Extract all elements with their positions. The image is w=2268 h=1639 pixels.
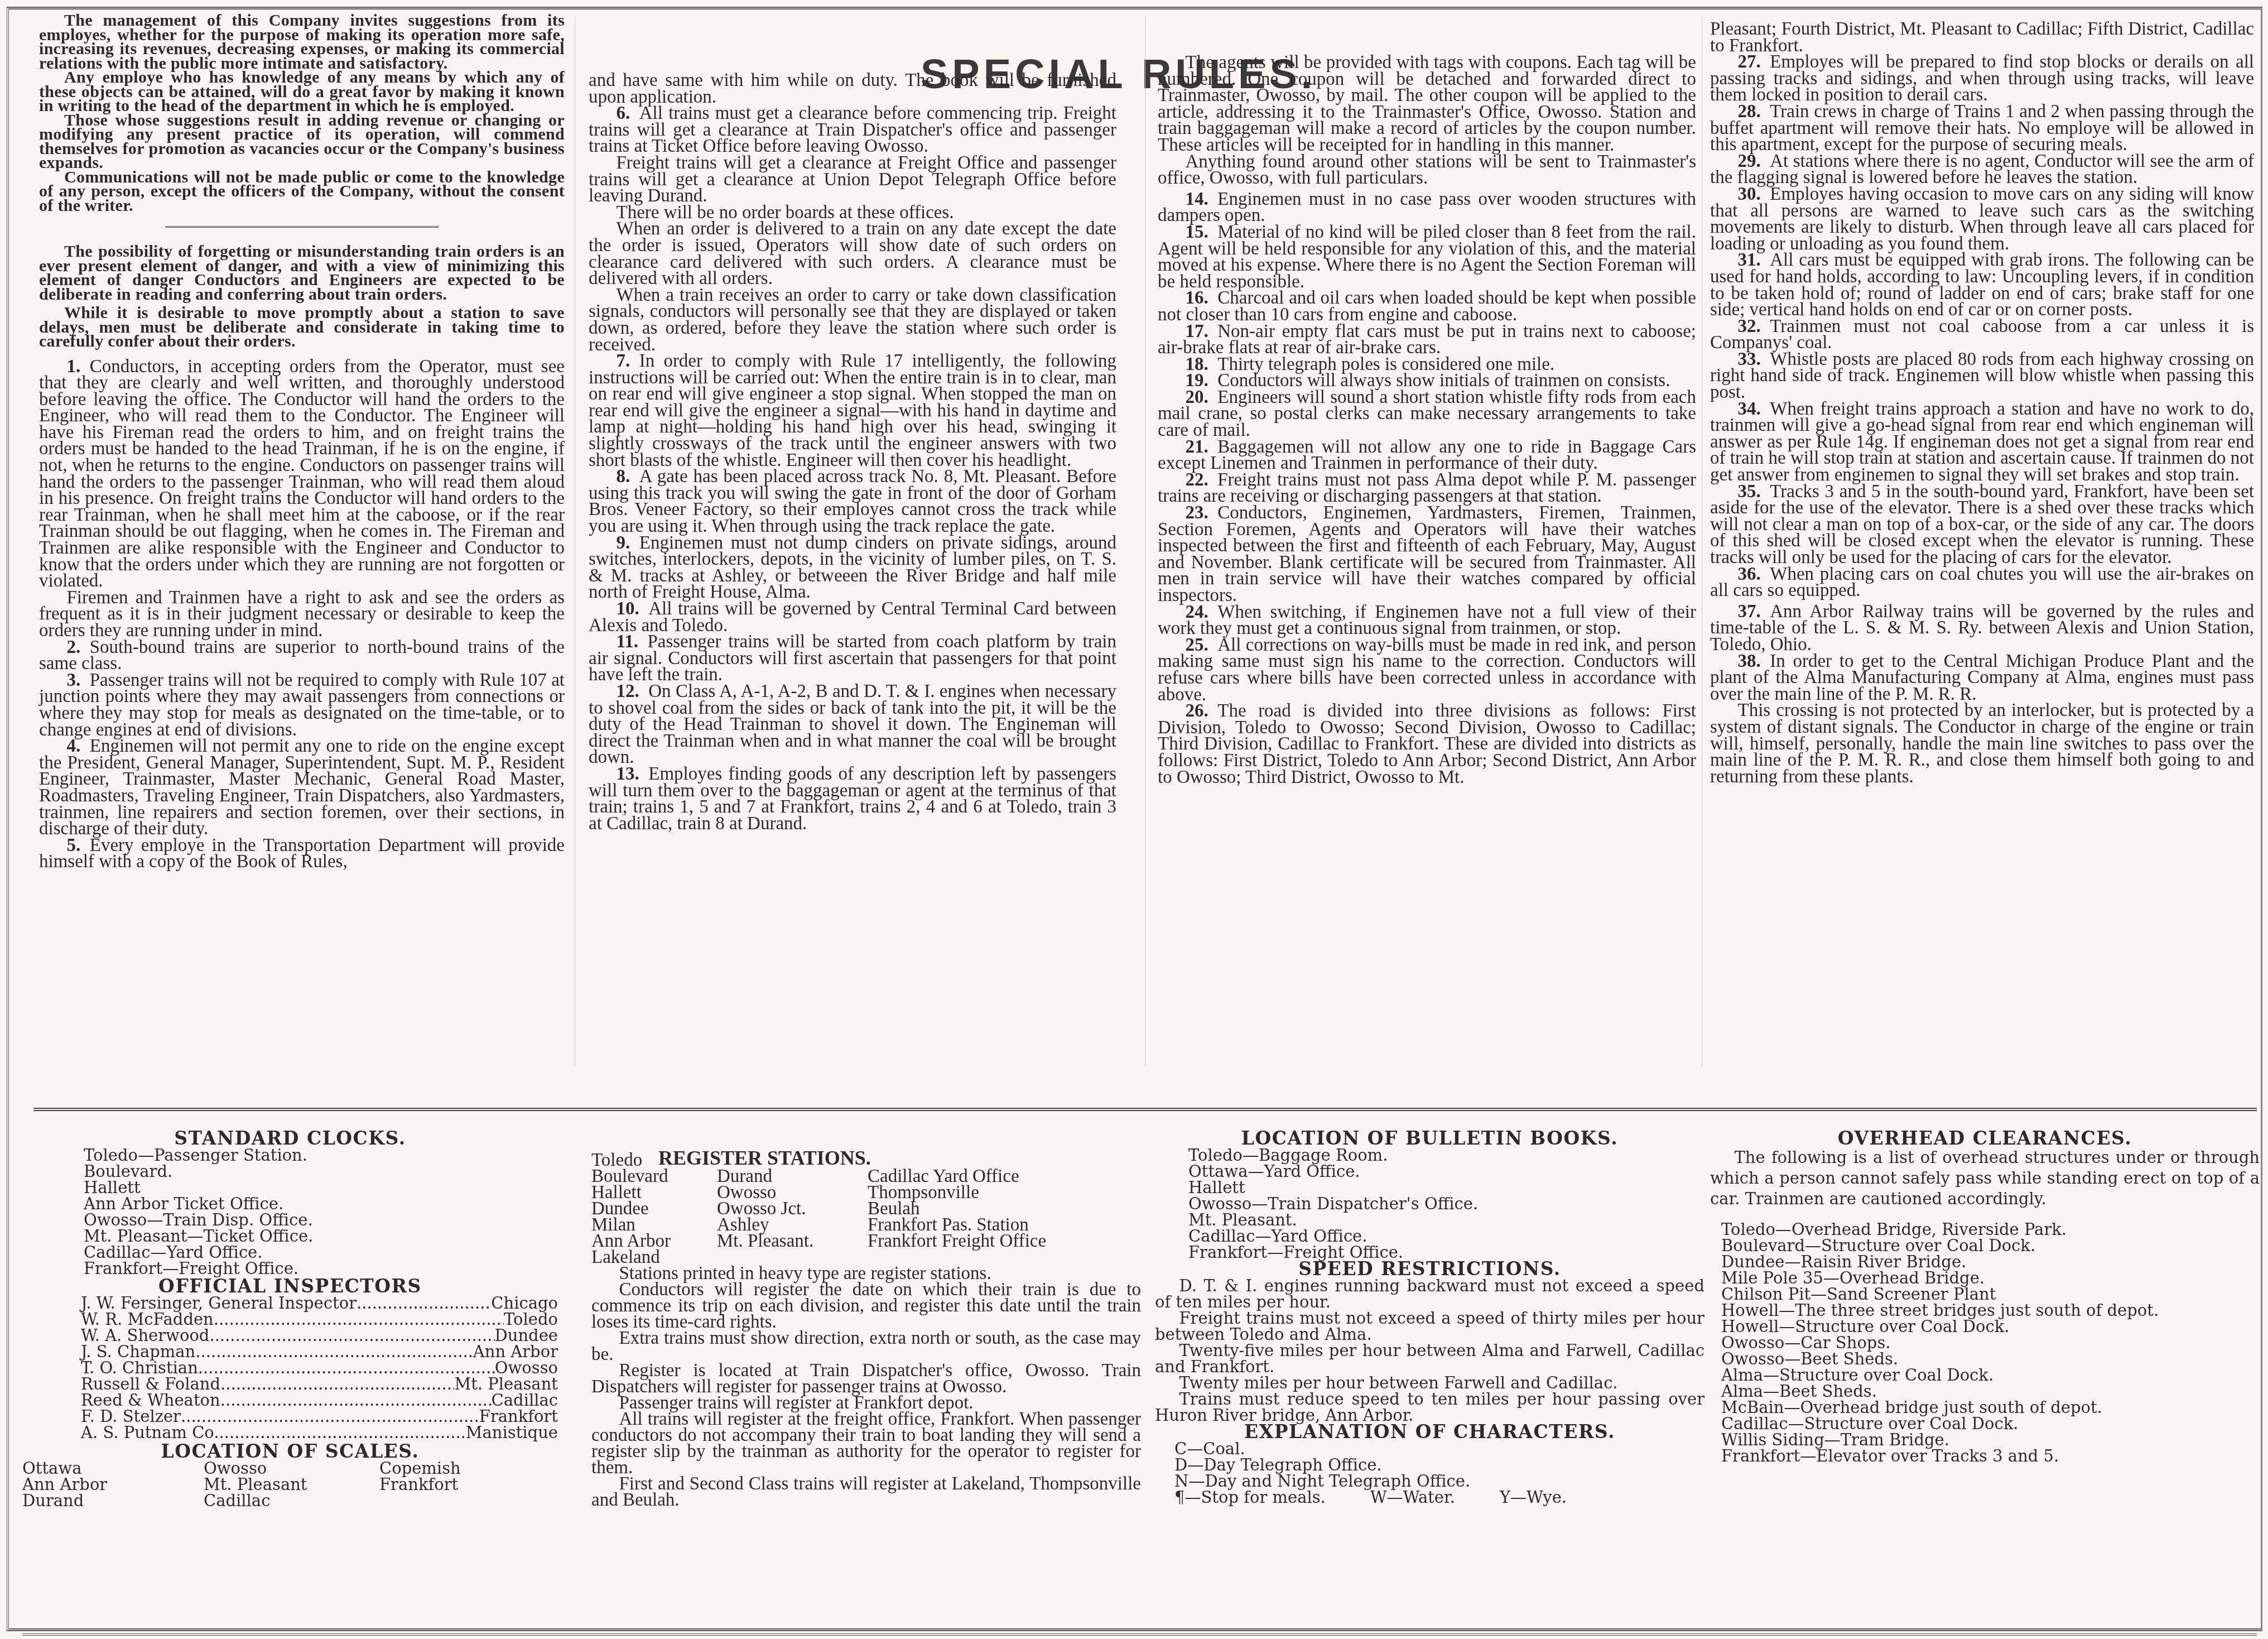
leader-dots	[209, 1328, 494, 1344]
rule-text: Trainmen must not coal caboose from a ca…	[1710, 316, 2254, 353]
rule-text: Pleasant; Fourth District, Mt. Pleasant …	[1710, 19, 2254, 56]
rule-text: Enginemen must not dump cinders on priva…	[589, 533, 1116, 603]
paragraph: The management of this Company invites s…	[39, 13, 565, 70]
register-note: Register is located at Train Dispatcher'…	[591, 1363, 1141, 1395]
inspector-name: A. S. Putnam Co.	[81, 1425, 219, 1441]
list-item: Alma—Beet Sheds.	[1721, 1383, 2260, 1400]
register-station: Mt. Pleasant.	[717, 1233, 868, 1249]
rule-text: All corrections on way-bills must be mad…	[1158, 635, 1696, 705]
paragraph: The possibility of forgetting or misunde…	[39, 244, 565, 301]
section-heading: LOCATION OF SCALES.	[22, 1443, 558, 1459]
rule-text: At stations where there is no agent, Con…	[1710, 151, 2254, 188]
rule-item: 28. Train crews in charge of Trains 1 an…	[1710, 104, 2254, 153]
leader-dots	[214, 1311, 504, 1328]
rule-paragraph: Firemen and Trainmen have a right to ask…	[39, 590, 565, 640]
list-item: Frankfort—Elevator over Tracks 3 and 5.	[1721, 1448, 2260, 1464]
column-divider	[1702, 17, 1702, 1066]
rule-item: 38. In order to get to the Central Michi…	[1710, 653, 2254, 703]
rule-text: Charcoal and oil cars when loaded should…	[1158, 288, 1696, 325]
leader-dots	[198, 1360, 495, 1376]
rule-text: All trains must get a clearance before c…	[589, 103, 1116, 156]
inspector-name: F. D. Stelzer	[81, 1409, 181, 1425]
rule-paragraph: When a train receives an order to carry …	[589, 287, 1116, 353]
rule-item: 10. All trains will be governed by Centr…	[589, 601, 1116, 634]
rule-text: When placing cars on coal chutes you wil…	[1710, 564, 2254, 601]
inspector-list: J. W. Fersinger, General InspectorChicag…	[22, 1295, 558, 1441]
list-item: Chilson Pit—Sand Screener Plant	[1721, 1286, 2260, 1302]
rule-text: Passenger trains will not be required to…	[39, 670, 565, 740]
rule-item: 27. Employes will be prepared to find st…	[1710, 54, 2254, 104]
rule-item: 23. Conductors, Enginemen, Yardmasters, …	[1158, 505, 1696, 604]
column-divider	[575, 17, 575, 1066]
clock-list: Toledo—Passenger Station.Boulevard.Halle…	[22, 1147, 558, 1277]
clearances-intro: The following is a list of overhead stru…	[1710, 1147, 2260, 1209]
rule-text: This crossing is not protected by an int…	[1710, 700, 2254, 786]
inspector-location: Ann Arbor	[473, 1344, 558, 1360]
rule-text: When freight trains approach a station a…	[1710, 399, 2254, 485]
rule-item: 12. On Class A, A-1, A-2, B and D. T. & …	[589, 684, 1116, 766]
rule-text: Ann Arbor Railway trains will be governe…	[1710, 602, 2254, 655]
register-station	[868, 1249, 1124, 1266]
rule-text: Tracks 3 and 5 in the south-bound yard, …	[1710, 482, 2254, 568]
scale-location: Owosso	[204, 1460, 379, 1477]
rule-item: 3. Passenger trains will not be required…	[39, 672, 565, 738]
rule-text: Whistle posts are placed 80 rods from ea…	[1710, 349, 2254, 402]
paragraph: D. T. & I. engines running backward must…	[1155, 1278, 1704, 1310]
column-1: The management of this Company invites s…	[39, 13, 565, 871]
inspector-row: F. D. StelzerFrankfort	[22, 1409, 558, 1425]
rule-text: Train crews in charge of Trains 1 and 2 …	[1710, 102, 2254, 155]
scale-location: Ann Arbor	[22, 1477, 204, 1493]
list-item: Cadillac—Structure over Coal Dock.	[1721, 1416, 2260, 1432]
list-item: Owosso—Train Dispatcher's Office.	[1188, 1196, 1704, 1212]
scale-location: Copemish	[379, 1460, 547, 1477]
rule-text: Enginemen will not permit any one to rid…	[39, 736, 565, 839]
rule-item: 14. Enginemen must in no case pass over …	[1158, 191, 1696, 224]
inspector-row: W. A. SherwoodDundee	[22, 1328, 558, 1344]
rule-text: A gate has been placed across track No. …	[589, 467, 1116, 536]
inspector-location: Toledo	[504, 1311, 558, 1328]
standard-clocks-panel: STANDARD CLOCKS. Toledo—Passenger Statio…	[22, 1119, 558, 1509]
inspector-row: A. S. Putnam Co.Manistique	[22, 1425, 558, 1441]
rule-item: 37. Ann Arbor Railway trains will be gov…	[1710, 604, 2254, 653]
rule-paragraph: This crossing is not protected by an int…	[1710, 703, 2254, 785]
list-item: Mt. Pleasant.	[1188, 1212, 1704, 1228]
legend-water: W—Water.	[1370, 1489, 1455, 1506]
rule-item: 9. Enginemen must not dump cinders on pr…	[589, 535, 1116, 601]
list-item: Owosso—Car Shops.	[1721, 1335, 2260, 1351]
rule-text: Non-air empty flat cars must be put in t…	[1158, 321, 1696, 358]
rule-item: 26. The road is divided into three divis…	[1158, 703, 1696, 786]
character-list: C—Coal.D—Day Telegraph Office.N—Day and …	[1155, 1441, 1704, 1489]
legend-wye: Y—Wye.	[1500, 1489, 1567, 1506]
rule-item: 34. When freight trains approach a stati…	[1710, 401, 2254, 484]
rule-text: Engineers will sound a short station whi…	[1158, 387, 1696, 440]
rule-paragraph: Pleasant; Fourth District, Mt. Pleasant …	[1710, 21, 2254, 54]
rule-text: Baggagemen will not allow any one to rid…	[1158, 437, 1696, 474]
section-heading: REGISTER STATIONS.	[658, 1150, 871, 1166]
list-item: Ann Arbor Ticket Office.	[84, 1196, 558, 1212]
inspector-name: W. A. Sherwood	[81, 1328, 209, 1344]
list-item: Toledo—Passenger Station.	[84, 1147, 558, 1164]
list-item: Owosso—Beet Sheds.	[1721, 1351, 2260, 1367]
section-heading: OVERHEAD CLEARANCES.	[1710, 1130, 2260, 1146]
list-item: N—Day and Night Telegraph Office.	[1174, 1473, 1704, 1489]
inspector-name: W. R. McFadden	[81, 1311, 214, 1328]
rules-list: Pleasant; Fourth District, Mt. Pleasant …	[1710, 21, 2254, 785]
register-note: Conductors will register the date on whi…	[591, 1282, 1141, 1330]
rule-text: When an order is delivered to a train on…	[589, 219, 1116, 289]
column-3: The agents will be provided with tags wi…	[1158, 55, 1696, 786]
inspector-location: Dundee	[495, 1328, 558, 1344]
register-station: Lakeland	[591, 1249, 717, 1266]
paragraph: While it is desirable to move promptly a…	[39, 306, 565, 349]
rule-paragraph: Anything found around other stations wil…	[1158, 154, 1696, 187]
paragraph: Those whose suggestions result in adding…	[39, 113, 565, 170]
rule-item: 22. Freight trains must not pass Alma de…	[1158, 472, 1696, 505]
rule-text: In order to comply with Rule 17 intellig…	[589, 351, 1116, 470]
clearance-list: Toledo—Overhead Bridge, Riverside Park.B…	[1710, 1222, 2260, 1464]
leader-dots	[195, 1344, 473, 1360]
inspector-location: Frankfort	[479, 1409, 558, 1425]
register-station	[717, 1249, 868, 1266]
rule-item: 17. Non-air empty flat cars must be put …	[1158, 324, 1696, 357]
leader-dots	[181, 1409, 479, 1425]
rule-paragraph: Freight trains will get a clearance at F…	[589, 155, 1116, 205]
paragraph: Twenty miles per hour between Farwell an…	[1155, 1375, 1704, 1391]
rule-text: Employes having occasion to move cars on…	[1710, 184, 2254, 254]
suggestions-notice: The management of this Company invites s…	[39, 13, 565, 213]
rule-item: 6. All trains must get a clearance befor…	[589, 105, 1116, 155]
list-item: Owosso—Train Disp. Office.	[84, 1212, 558, 1228]
list-item: Ottawa—Yard Office.	[1188, 1164, 1704, 1180]
list-item: Howell—The three street bridges just sou…	[1721, 1302, 2260, 1319]
rule-text: The agents will be provided with tags wi…	[1158, 52, 1696, 155]
scale-location: Ottawa	[22, 1460, 204, 1477]
rule-item: 2. South-bound trains are superior to no…	[39, 640, 565, 672]
list-item: Boulevard—Structure over Coal Dock.	[1721, 1238, 2260, 1254]
rule-item: 29. At stations where there is no agent,…	[1710, 153, 2254, 186]
rule-text: When switching, if Enginemen have not a …	[1158, 602, 1696, 639]
section-heading: EXPLANATION OF CHARACTERS.	[1155, 1424, 1704, 1440]
inspector-location: Mt. Pleasant	[454, 1376, 558, 1392]
inspector-row: T. O. ChristianOwosso	[22, 1360, 558, 1376]
scales-grid: OttawaOwossoCopemishAnn ArborMt. Pleasan…	[22, 1460, 558, 1509]
rule-item: 35. Tracks 3 and 5 in the south-bound ya…	[1710, 484, 2254, 566]
list-item: Toledo—Overhead Bridge, Riverside Park.	[1721, 1222, 2260, 1238]
section-rule	[165, 226, 439, 230]
rule-item: 11. Passenger trains will be started fro…	[589, 634, 1116, 684]
register-note: All trains will register at the freight …	[591, 1411, 1141, 1476]
inspector-row: Russell & FolandMt. Pleasant	[22, 1376, 558, 1392]
list-item: Dundee—Raisin River Bridge.	[1721, 1254, 2260, 1270]
list-item: Frankfort—Freight Office.	[84, 1261, 558, 1277]
rule-text: Every employe in the Transportation Depa…	[39, 835, 565, 872]
list-item: McBain—Overhead bridge just south of dep…	[1721, 1400, 2260, 1416]
rule-text: In order to get to the Central Michigan …	[1710, 651, 2254, 704]
scale-location: Mt. Pleasant	[204, 1477, 379, 1493]
register-stations-panel: REGISTER STATIONS. Toledo BoulevardDuran…	[591, 1119, 1141, 1508]
rule-text: Freight trains will get a clearance at F…	[589, 153, 1116, 206]
rule-text: On Class A, A-1, A-2, B and D. T. & I. e…	[589, 681, 1116, 767]
list-item: Boulevard.	[84, 1164, 558, 1180]
register-note: First and Second Class trains will regis…	[591, 1476, 1141, 1508]
register-notes: Stations printed in heavy type are regis…	[591, 1266, 1141, 1508]
inspector-row: J. S. ChapmanAnn Arbor	[22, 1344, 558, 1360]
register-note: Extra trains must show direction, extra …	[591, 1330, 1141, 1363]
rule-item: 24. When switching, if Enginemen have no…	[1158, 604, 1696, 637]
rule-text: Anything found around other stations wil…	[1158, 152, 1696, 189]
rule-text: Enginemen must in no case pass over wood…	[1158, 189, 1696, 226]
rule-paragraph: The agents will be provided with tags wi…	[1158, 55, 1696, 154]
inspector-location: Chicago	[491, 1295, 558, 1311]
rule-item: 4. Enginemen will not permit any one to …	[39, 738, 565, 838]
inspector-location: Manistique	[466, 1425, 558, 1441]
inspector-location: Owosso	[495, 1360, 558, 1376]
rule-text: Employes will be prepared to find stop b…	[1710, 52, 2254, 105]
character-legend-line: ¶—Stop for meals. W—Water. Y—Wye.	[1155, 1489, 1704, 1506]
rule-text: Material of no kind will be piled closer…	[1158, 222, 1696, 292]
rule-item: 21. Baggagemen will not allow any one to…	[1158, 439, 1696, 472]
list-item: Howell—Structure over Coal Dock.	[1721, 1319, 2260, 1335]
inspector-name: J. S. Chapman	[81, 1344, 195, 1360]
rule-item: 5. Every employe in the Transportation D…	[39, 838, 565, 871]
list-item: D—Day Telegraph Office.	[1174, 1457, 1704, 1473]
inspector-row: W. R. McFaddenToledo	[22, 1311, 558, 1328]
inspector-name: Russell & Foland	[81, 1376, 220, 1392]
rule-text: Firemen and Trainmen have a right to ask…	[39, 588, 565, 641]
leader-dots	[357, 1295, 491, 1311]
list-item: Mile Pole 35—Overhead Bridge.	[1721, 1270, 2260, 1286]
inspector-row: J. W. Fersinger, General InspectorChicag…	[22, 1295, 558, 1311]
rule-text: Conductors, in accepting orders from the…	[39, 357, 565, 592]
bulletin-books-panel: LOCATION OF BULLETIN BOOKS. Toledo—Bagga…	[1155, 1119, 1704, 1506]
inspector-name: T. O. Christian	[81, 1360, 198, 1376]
leader-dots	[220, 1392, 492, 1409]
rules-list: The agents will be provided with tags wi…	[1158, 55, 1696, 786]
rule-item: 30. Employes having occasion to move car…	[1710, 186, 2254, 252]
rule-item: 16. Charcoal and oil cars when loaded sh…	[1158, 290, 1696, 323]
speed-restrictions: D. T. & I. engines running backward must…	[1155, 1278, 1704, 1424]
list-item: C—Coal.	[1174, 1441, 1704, 1457]
bottom-border	[22, 1633, 2257, 1636]
list-item: Hallett	[1188, 1180, 1704, 1196]
inspector-name: J. W. Fersinger, General Inspector	[81, 1295, 357, 1311]
bulletin-list: Toledo—Baggage Room.Ottawa—Yard Office.H…	[1155, 1147, 1704, 1261]
list-item: Hallett	[84, 1180, 558, 1196]
inspector-row: Reed & WheatonCadillac	[22, 1392, 558, 1409]
rule-item: 33. Whistle posts are placed 80 rods fro…	[1710, 352, 2254, 401]
rule-item: 32. Trainmen must not coal caboose from …	[1710, 319, 2254, 352]
column-divider	[1145, 17, 1145, 1066]
rule-text: South-bound trains are superior to north…	[39, 637, 565, 674]
rule-item: 25. All corrections on way-bills must be…	[1158, 637, 1696, 703]
legend-meals: ¶—Stop for meals.	[1174, 1489, 1326, 1506]
rule-text: Passenger trains will be started from co…	[589, 632, 1116, 685]
rule-item: 15. Material of no kind will be piled cl…	[1158, 224, 1696, 290]
scale-location: Frankfort	[379, 1477, 547, 1493]
inspector-location: Cadillac	[492, 1392, 558, 1409]
section-heading: LOCATION OF BULLETIN BOOKS.	[1155, 1130, 1704, 1146]
paragraph: Freight trains must not exceed a speed o…	[1155, 1310, 1704, 1343]
leader-dots	[219, 1425, 466, 1441]
rule-item: 7. In order to comply with Rule 17 intel…	[589, 353, 1116, 469]
rule-text: All cars must be equipped with grab iron…	[1710, 250, 2254, 320]
column-2: and have same with him while on duty. Th…	[589, 73, 1116, 832]
section-heading: STANDARD CLOCKS.	[22, 1130, 558, 1146]
rule-text: and have same with him while on duty. Th…	[589, 70, 1116, 107]
paragraph: Communications will not be made public o…	[39, 170, 565, 213]
rule-text: Employes finding goods of any descriptio…	[589, 764, 1116, 834]
section-divider	[33, 1108, 2257, 1111]
rule-text: The road is divided into three divisions…	[1158, 701, 1696, 787]
column-4: Pleasant; Fourth District, Mt. Pleasant …	[1710, 21, 2254, 785]
rule-item: 31. All cars must be equipped with grab …	[1710, 252, 2254, 318]
rule-paragraph: When an order is delivered to a train on…	[589, 221, 1116, 287]
rule-paragraph: and have same with him while on duty. Th…	[589, 73, 1116, 105]
scale-location	[379, 1493, 547, 1509]
overhead-clearances-panel: OVERHEAD CLEARANCES. The following is a …	[1710, 1119, 2260, 1464]
paragraph: Twenty-five miles per hour between Alma …	[1155, 1343, 1704, 1375]
rule-item: 8. A gate has been placed across track N…	[589, 469, 1116, 535]
list-item: Mt. Pleasant—Ticket Office.	[84, 1228, 558, 1244]
scale-location: Cadillac	[204, 1493, 379, 1509]
paragraph: Trains must reduce speed to ten miles pe…	[1155, 1391, 1704, 1424]
rules-list: 1. Conductors, in accepting orders from …	[39, 359, 565, 871]
list-item: Cadillac—Yard Office.	[1188, 1228, 1704, 1244]
rule-text: Conductors, Enginemen, Yardmasters, Fire…	[1158, 503, 1696, 605]
paragraph: Any employe who has knowledge of any mea…	[39, 70, 565, 113]
register-stations-grid: BoulevardDurandCadillac Yard OfficeHalle…	[591, 1169, 1141, 1266]
register-station: Frankfort Freight Office	[868, 1233, 1124, 1249]
rule-text: When a train receives an order to carry …	[589, 285, 1116, 355]
section-heading: SPEED RESTRICTIONS.	[1155, 1261, 1704, 1277]
section-heading: OFFICIAL INSPECTORS	[22, 1278, 558, 1294]
rule-item: 13. Employes finding goods of any descri…	[589, 766, 1116, 832]
rule-text: All trains will be governed by Central T…	[589, 599, 1116, 636]
list-item: Toledo—Baggage Room.	[1188, 1147, 1704, 1164]
rule-item: 36. When placing cars on coal chutes you…	[1710, 566, 2254, 599]
train-orders-notice: The possibility of forgetting or misunde…	[39, 244, 565, 349]
rule-item: 1. Conductors, in accepting orders from …	[39, 359, 565, 590]
list-item: Cadillac—Yard Office.	[84, 1244, 558, 1261]
rules-list: and have same with him while on duty. Th…	[589, 73, 1116, 832]
rule-item: 20. Engineers will sound a short station…	[1158, 390, 1696, 439]
list-item: Alma—Structure over Coal Dock.	[1721, 1367, 2260, 1383]
leader-dots	[220, 1376, 454, 1392]
list-item: Willis Siding—Tram Bridge.	[1721, 1432, 2260, 1448]
scale-location: Durand	[22, 1493, 204, 1509]
inspector-name: Reed & Wheaton	[81, 1392, 220, 1409]
rule-text: Freight trains must not pass Alma depot …	[1158, 470, 1696, 507]
